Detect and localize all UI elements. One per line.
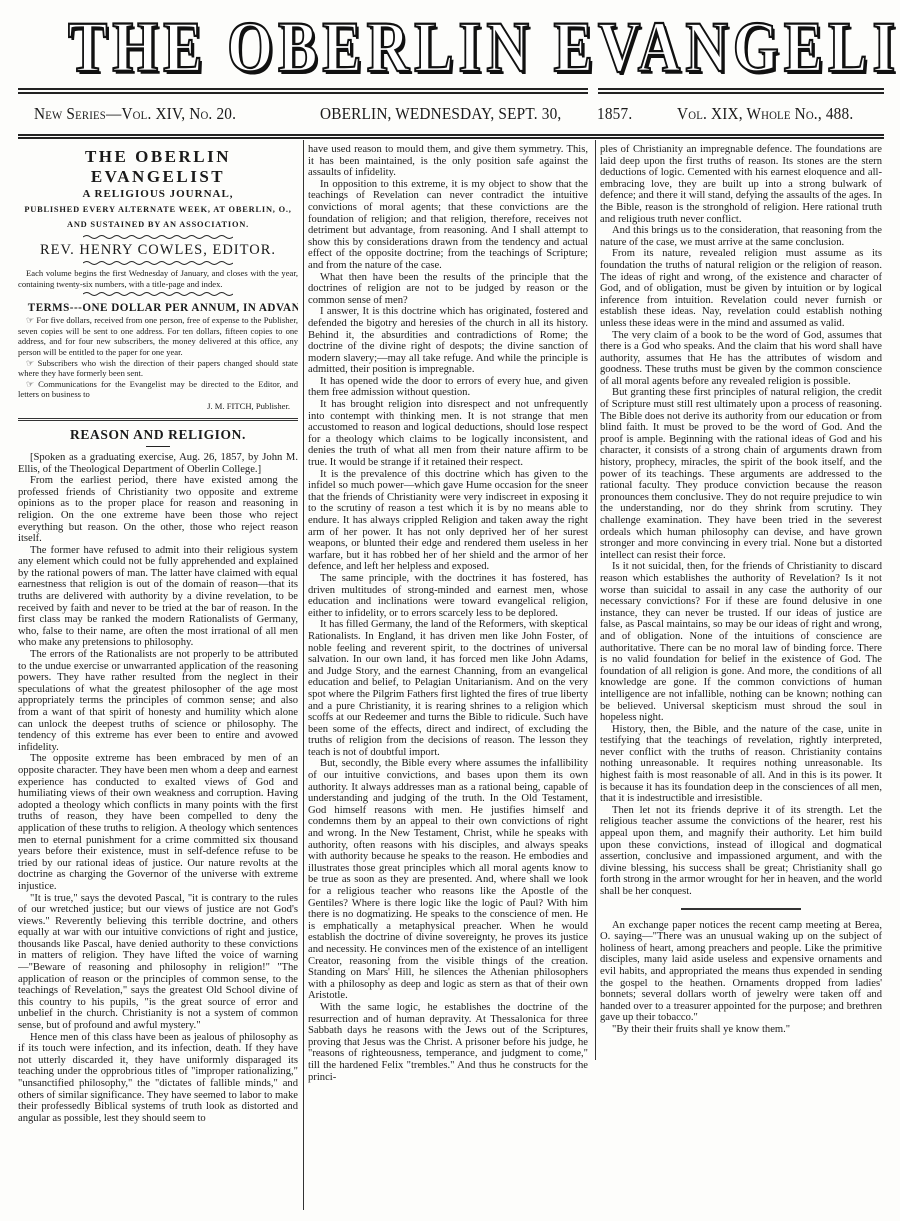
info-box-sustained: AND SUSTAINED BY AN ASSOCIATION. [18,217,298,232]
wavy-rule-icon [83,234,233,240]
article-paragraph: History, then, the Bible, and the nature… [600,724,882,805]
info-box-title: THE OBERLIN EVANGELIST [18,147,298,187]
article-paragraph: I answer, It is this doctrine which has … [308,306,588,376]
article-paragraph: What then have been the results of the p… [308,272,588,307]
camp-meeting-item: An exchange paper notices the recent cam… [600,920,882,1036]
pointing-hand-icon: ☞ [26,315,34,325]
article-paragraph: It has opened wide the door to errors of… [308,376,588,399]
article-paragraph: The errors of the Rationalists are not p… [18,649,298,753]
column-3: ples of Christianity an impregnable defe… [600,144,882,1204]
subscription-terms: TERMS---ONE DOLLAR PER ANNUM, IN ADVANCE [28,299,288,315]
column-divider-1 [303,140,304,1210]
info-box-subtitle: A RELIGIOUS JOURNAL, [18,187,298,202]
place-date: OBERLIN, WEDNESDAY, SEPT. 30, [320,104,561,124]
article-byline: [Spoken as a graduating exercise, Aug. 2… [18,452,298,475]
article-paragraph: Hence men of this class have been as jea… [18,1032,298,1125]
series-info: New Series—Vol. XIV, No. 20. [34,104,236,124]
info-box: THE OBERLIN EVANGELIST A RELIGIOUS JOURN… [18,147,298,412]
pointing-hand-icon: ☞ [26,358,34,368]
column-divider-2 [595,140,596,1060]
year: 1857. [597,104,632,124]
article-paragraph: From the earliest period, there have exi… [18,475,298,545]
masthead-rule-right [598,88,884,94]
editor-name: REV. HENRY COWLES, EDITOR. [18,242,298,258]
article-paragraph: The opposite extreme has been embraced b… [18,753,298,892]
wavy-rule-icon [83,260,233,266]
article-paragraph: The same principle, with the doctrines i… [308,573,588,619]
masthead-rule-left [18,88,588,94]
section-rule [18,418,298,421]
volume-note: Each volume begins the first Wednesday o… [18,268,298,289]
article-paragraph: The former have refused to admit into th… [18,545,298,649]
dateline-rule [18,134,884,139]
article-paragraph: The very claim of a book to be the word … [600,330,882,388]
wavy-rule-icon [83,291,233,297]
article-paragraph: Is it not suicidal, then, for the friend… [600,561,882,723]
article-paragraph: ples of Christianity an impregnable defe… [600,144,882,225]
pointing-hand-icon: ☞ [26,379,34,389]
article-paragraph: With the same logic, he establishes the … [308,1002,588,1083]
column-2: have used reason to mould them, and give… [308,144,588,1204]
article-paragraph: And this brings us to the consideration,… [600,225,882,248]
article-paragraph: It has brought religion into disrespect … [308,399,588,469]
article-title: REASON AND RELIGION. [18,427,298,443]
article-paragraph: It has filled Germany, the land of the R… [308,619,588,758]
article-paragraph: It is the prevalence of this doctrine wh… [308,469,588,573]
ornamental-rule [681,908,801,910]
article-paragraph: have used reason to mould them, and give… [308,144,588,179]
publisher: J. M. FITCH, Publisher. [18,400,298,412]
info-box-published: PUBLISHED EVERY ALTERNATE WEEK, AT OBERL… [18,202,298,217]
notices: ☞ For five dollars, received from one pe… [18,315,298,400]
article-paragraph: In opposition to this extreme, it is my … [308,179,588,272]
article-paragraph: But granting these first principles of n… [600,387,882,561]
article-paragraph: But, secondly, the Bible every where ass… [308,758,588,1001]
column-1: THE OBERLIN EVANGELIST A RELIGIOUS JOURN… [18,144,298,1204]
masthead: THE OBERLIN EVANGELIST. [0,0,900,92]
article-paragraph: From its nature, revealed religion must … [600,248,882,329]
dateline: New Series—Vol. XIV, No. 20. OBERLIN, WE… [0,100,900,128]
article-paragraph: "It is true," says the devoted Pascal, "… [18,893,298,1032]
newspaper-title: THE OBERLIN EVANGELIST. [68,8,708,86]
news-paragraph: An exchange paper notices the recent cam… [600,920,882,1024]
volume-info: Vol. XIX, Whole No., 488. [677,104,853,124]
news-quote: "By their their fruits shall ye know the… [600,1024,882,1036]
article-paragraph: Then let not its friends deprive it of i… [600,805,882,898]
title-rule [146,446,170,447]
